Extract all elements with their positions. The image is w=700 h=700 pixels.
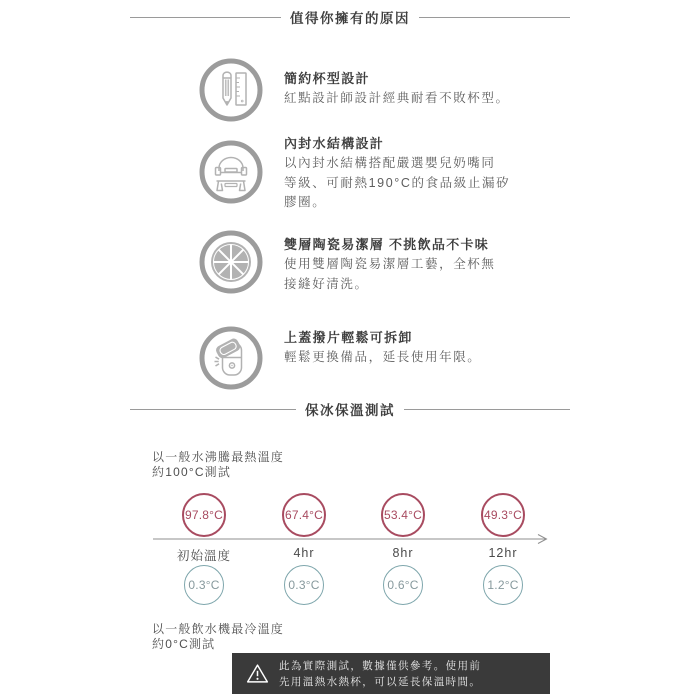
feature-line: 接縫好清洗。 [284,275,496,295]
feature-item-ceramic-layer: 雙層陶瓷易潔層 不挑飲品不卡味 使用雙層陶瓷易潔層工藝，全杯無 接縫好清洗。 [199,230,496,294]
hot-temp-value: 49.3°C [484,508,522,522]
cold-temp-circle: 1.2°C [483,565,523,605]
disclaimer-line: 此為實際測試，數據僅供參考。使用前 [279,658,481,674]
cold-note-line: 以一般飲水機最冷溫度 [152,622,284,637]
hot-note-line: 以一般水沸騰最熱溫度 [152,450,284,465]
hot-temp-value: 97.8°C [185,508,223,522]
cold-temp-value: 0.3°C [288,578,319,592]
feature-line: 以內封水結構搭配嚴選嬰兒奶嘴同 [284,154,510,174]
hot-temp-circle: 49.3°C [481,493,525,537]
cold-test-note: 以一般飲水機最冷溫度 約0°C測試 [152,622,284,652]
feature-title: 簡約杯型設計 [284,69,510,89]
cold-note-line: 約0°C測試 [152,637,284,652]
hot-temp-circle: 53.4°C [381,493,425,537]
feature-line: 膠圈。 [284,193,510,213]
cold-temp-value: 0.6°C [387,578,418,592]
timeline-axis [152,533,552,545]
features-heading: 值得你擁有的原因 [290,7,410,27]
cold-temp-value: 1.2°C [487,578,518,592]
disclaimer-box: 此為實際測試，數據僅供參考。使用前 先用溫熱水熱杯，可以延長保溫時間。 [232,653,550,694]
timeline-label: 12hr [453,546,553,560]
cold-temp-value: 0.3°C [188,578,219,592]
feature-title: 雙層陶瓷易潔層 不挑飲品不卡味 [284,235,496,255]
lid-seal-structure-icon [199,140,263,204]
feature-item-seal-structure: 內封水結構設計 以內封水結構搭配嚴選嬰兒奶嘴同 等級、可耐熱190°C的食品級止… [199,140,510,213]
feature-line: 等級、可耐熱190°C的食品級止漏矽 [284,174,510,194]
features-section-header: 值得你擁有的原因 [130,7,570,27]
disclaimer-line: 先用溫熱水熱杯，可以延長保溫時間。 [279,674,481,690]
test-section-header: 保冰保溫測試 [130,399,570,419]
hot-temp-circle: 67.4°C [282,493,326,537]
citrus-slice-icon [199,230,263,294]
hot-test-note: 以一般水沸騰最熱溫度 約100°C測試 [152,450,284,480]
feature-line: 使用雙層陶瓷易潔層工藝，全杯無 [284,255,496,275]
hot-note-line: 約100°C測試 [152,465,284,480]
header-rule-right [419,17,570,18]
cold-temp-circle: 0.6°C [383,565,423,605]
header-rule-right [404,409,570,410]
feature-item-cup-design: 簡約杯型設計 紅點設計師設計經典耐看不敗杯型。 [199,58,510,122]
header-rule-left [130,17,281,18]
test-heading: 保冰保溫測試 [305,399,395,419]
feature-line: 紅點設計師設計經典耐看不敗杯型。 [284,89,510,109]
pencil-ruler-icon [199,58,263,122]
product-info-page: 值得你擁有的原因 簡約杯型設計 紅點設計師設計經典耐看不敗杯型。 [0,0,700,700]
feature-item-removable-tab: 上蓋撥片輕鬆可拆卸 輕鬆更換備品，延長使用年限。 [199,326,481,390]
cold-temp-circle: 0.3°C [184,565,224,605]
warning-icon [246,663,269,684]
header-rule-left [130,409,296,410]
hot-temp-circle: 97.8°C [182,493,226,537]
hot-temp-value: 53.4°C [384,508,422,522]
cold-temp-circle: 0.3°C [284,565,324,605]
hot-temp-value: 67.4°C [285,508,323,522]
feature-title: 內封水結構設計 [284,134,510,154]
feature-title: 上蓋撥片輕鬆可拆卸 [284,328,481,348]
timeline-label: 4hr [254,546,354,560]
timeline-label: 初始溫度 [154,546,254,564]
timeline-label: 8hr [353,546,453,560]
feature-line: 輕鬆更換備品，延長使用年限。 [284,348,481,368]
lid-flip-tab-icon [199,326,263,390]
